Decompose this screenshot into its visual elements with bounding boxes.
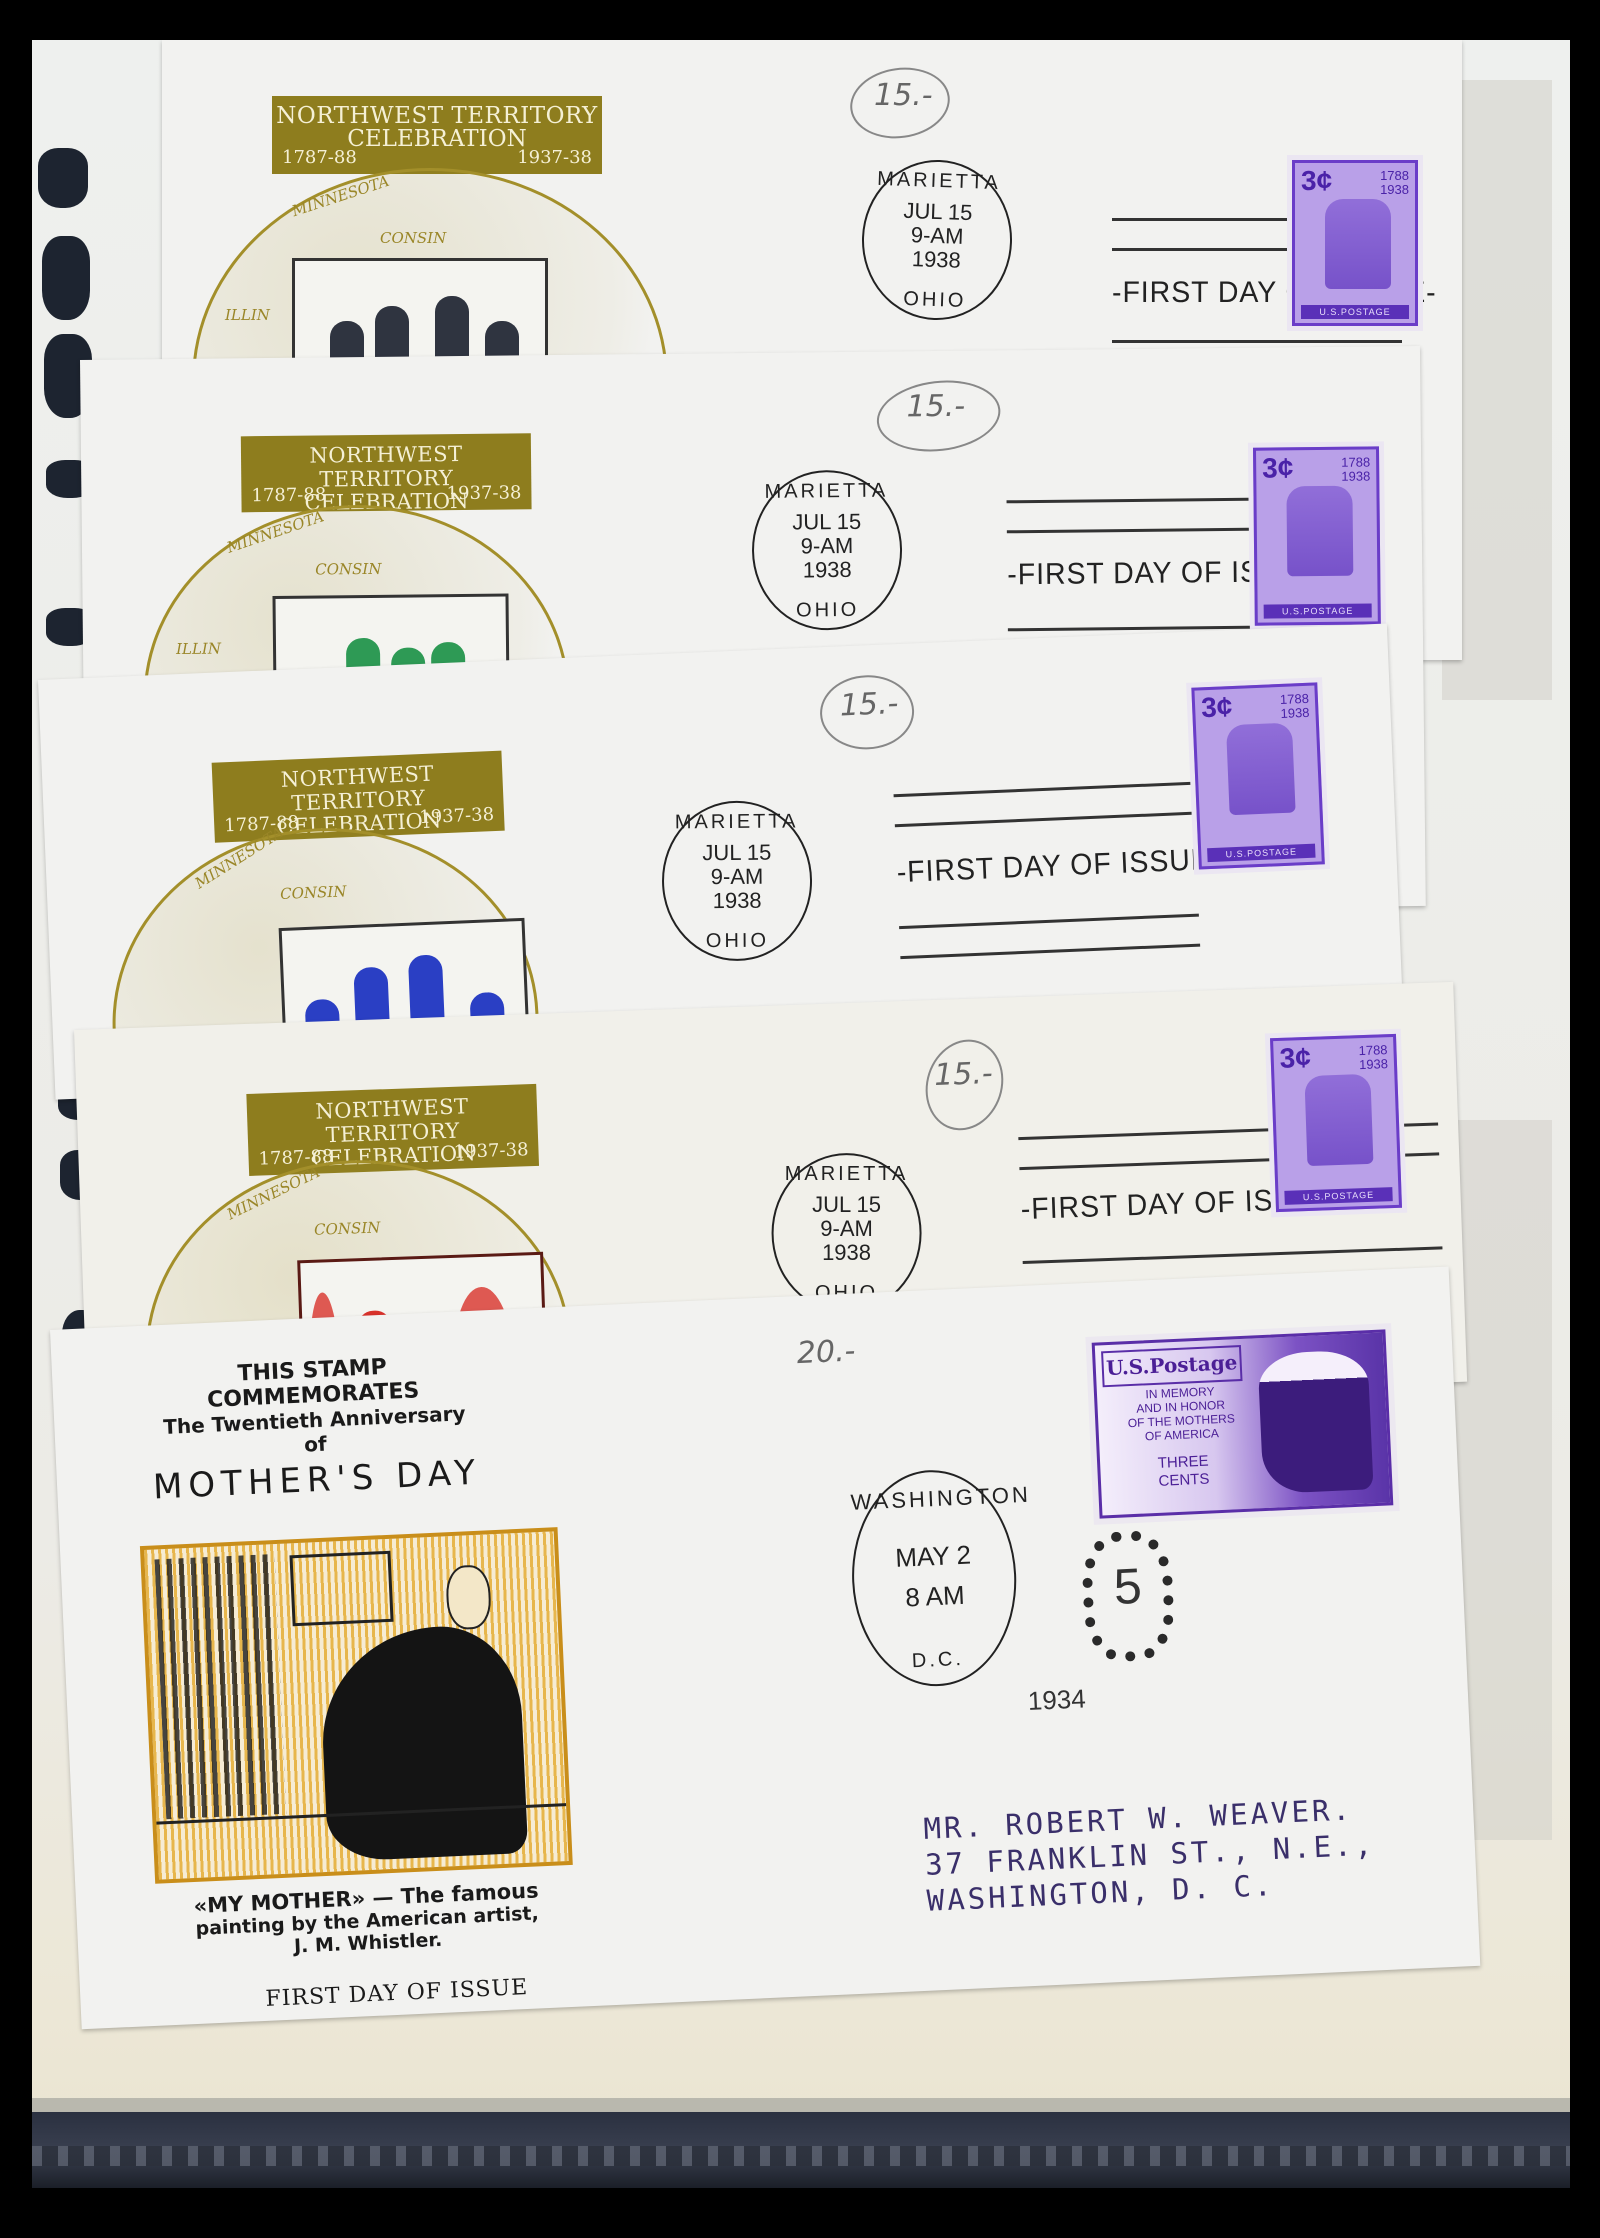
cancel-line: [894, 782, 1194, 798]
whistlers-mother-illustration: [140, 1527, 573, 1884]
duplex-cancel: 5: [1080, 1529, 1176, 1663]
statue-image: [1286, 486, 1353, 577]
first-day-of-issue: FIRST DAY OF ISSUE: [265, 1975, 529, 2012]
cachet-heading: THIS STAMP COMMEMORATES The Twentieth An…: [132, 1350, 498, 1508]
postmark: WASHINGTON MAY 2 8 AM D.C.: [847, 1467, 1021, 1690]
curtain: [155, 1554, 287, 1819]
stamp-3c-mothers-day: U.S.Postage IN MEMORY AND IN HONOR OF TH…: [1092, 1329, 1394, 1518]
postmark: MARIETTA JUL 15 9-AM 1938 OHIO: [772, 1153, 922, 1313]
price-note: 15.-: [934, 1056, 994, 1093]
price-note: 15.-: [906, 389, 965, 425]
stamp-3c-northwest: 3¢ 1788 1938 U.S.POSTAGE: [1292, 160, 1418, 326]
cancel-line: [1112, 340, 1402, 343]
postmark: MARIETTA JUL 15 9-AM 1938 OHIO: [661, 800, 812, 961]
cover-mothers-day: THIS STAMP COMMEMORATES The Twentieth An…: [50, 1266, 1480, 2029]
cancel-line: [899, 914, 1199, 930]
cancel-year: 1934: [1027, 1683, 1086, 1717]
price-note: 15.-: [839, 686, 899, 723]
stamp-3c-northwest: 3¢ 1788 1938 U.S.POSTAGE: [1253, 446, 1381, 625]
recipient-address: MR. ROBERT W. WEAVER. 37 FRANKLIN ST., N…: [923, 1790, 1378, 1918]
slogan-cancel: -FIRST DAY OF ISSUE: [896, 843, 1211, 890]
cachet-banner: NORTHWEST TERRITORY CELEBRATION 1787-88 …: [212, 751, 505, 843]
binder-hole: [42, 236, 90, 320]
postmark: MARIETTA JUL 15 9-AM 1938 OHIO: [751, 469, 903, 631]
cachet-banner: NORTHWEST TERRITORY CELEBRATION 1787-88 …: [272, 96, 602, 174]
picture-frame: [289, 1551, 393, 1627]
binder-hole: [38, 148, 88, 208]
album-page: NORTHWEST TERRITORY CELEBRATION 1787-88 …: [32, 40, 1570, 2188]
price-note: 20.-: [796, 1334, 856, 1372]
statue-image: [1325, 199, 1391, 289]
postmark: MARIETTA JUL 15 9-AM 1938 OHIO: [859, 157, 1014, 322]
album-sleeve-edge: [32, 2098, 1570, 2188]
stamp-3c-northwest: 3¢ 1788 1938 U.S.POSTAGE: [1270, 1034, 1402, 1212]
stamp-3c-northwest: 3¢ 1788 1938 U.S.POSTAGE: [1191, 682, 1325, 869]
cancel-line: [1023, 1246, 1443, 1264]
whistlers-mother-portrait: [1257, 1349, 1373, 1494]
illustration-caption: «MY MOTHER» — The famous painting by the…: [156, 1877, 579, 1964]
cachet-banner: NORTHWEST TERRITORY CELEBRATION 1787-88 …: [241, 433, 532, 512]
mother-head: [445, 1564, 492, 1630]
sleeve-perforation: [32, 2146, 1570, 2166]
statue-image: [1304, 1074, 1373, 1166]
price-note: 15.-: [874, 78, 933, 113]
cancel-line: [900, 944, 1200, 960]
statue-image: [1226, 723, 1296, 816]
cancel-line: [895, 812, 1195, 828]
